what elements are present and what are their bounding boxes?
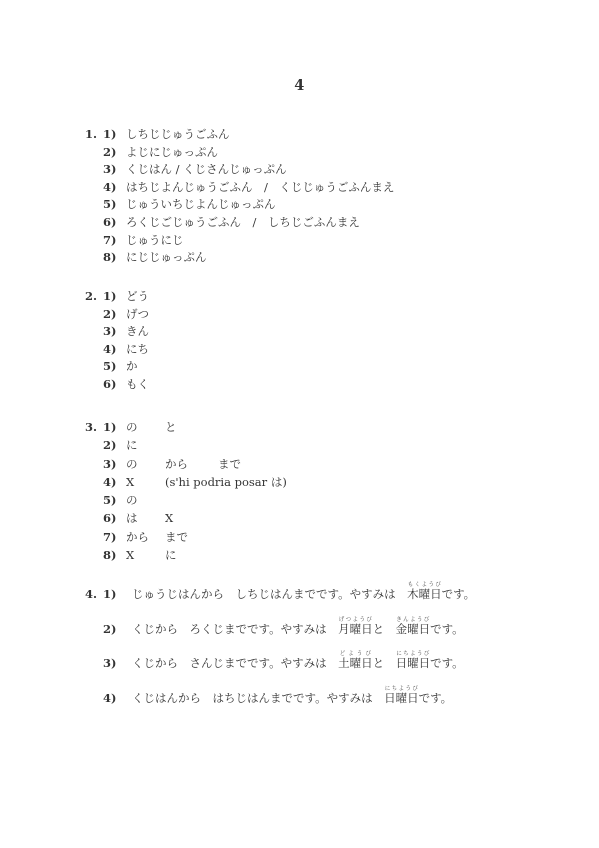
item-number: 2) <box>103 436 126 454</box>
item-number: 8) <box>103 249 126 267</box>
answer-item: 4) X (s'hi podria posar は) <box>85 473 589 491</box>
item-number: 5) <box>103 196 126 214</box>
section-label: 1. <box>85 126 103 144</box>
answer-item: 5) の <box>85 491 589 509</box>
furigana: きんようび <box>396 617 430 623</box>
item-text: ろくじごじゅうごふん / しちじごふんまえ <box>126 214 360 232</box>
answer-item: 7) から まで <box>85 528 589 546</box>
furigana: げつようび <box>338 617 372 623</box>
answer-item: 5) じゅういちじよんじゅっぷん <box>85 196 589 214</box>
item-text: くじから さんじまでです。やすみは 土曜日どようびと 日曜日にちようびです。 <box>132 651 464 671</box>
kanji-base: 日曜日 <box>384 691 419 705</box>
item-number: 4) <box>103 341 126 359</box>
item-number: 4) <box>103 179 126 197</box>
ruby-word: 日曜日にちようび <box>384 691 419 705</box>
furigana: にちようび <box>396 651 430 657</box>
answer-item: 6) ろくじごじゅうごふん / しちじごふんまえ <box>85 214 589 232</box>
item-number: 3) <box>103 455 126 473</box>
sentence-part: と <box>373 622 396 636</box>
item-col-1: X <box>126 473 165 491</box>
answer-item: 7) じゅうにじ <box>85 232 589 250</box>
item-number: 3) <box>103 656 132 670</box>
item-col-1: の <box>126 455 165 473</box>
answer-item: 5) か <box>85 358 589 376</box>
item-col-2: から <box>165 455 218 473</box>
kanji-base: 金曜日 <box>396 622 431 636</box>
answer-item: 3) くじから さんじまでです。やすみは 土曜日どようびと 日曜日にちようびです… <box>85 651 589 671</box>
ruby-word: 日曜日にちようび <box>396 656 431 670</box>
item-number: 2) <box>103 622 132 636</box>
item-number: 3) <box>103 323 126 341</box>
answer-item: 4) はちじよんじゅうごふん / くじじゅうごふんまえ <box>85 179 589 197</box>
section-3: 3. 1) の と 2) に 3) の から まで 4) X (s'hi pod… <box>85 418 589 564</box>
ruby-word: 木曜日もくようび <box>407 587 442 601</box>
answer-item: 3. 1) の と <box>85 418 589 436</box>
item-number: 6) <box>103 214 126 232</box>
item-number: 2) <box>103 306 126 324</box>
item-col-1: の <box>126 491 165 509</box>
answer-item: 2) よじにじゅっぷん <box>85 144 589 162</box>
item-text: くじはん / くじさんじゅっぷん <box>126 161 287 179</box>
furigana: にちようび <box>384 686 418 692</box>
answer-item: 1. 1) しちじじゅうごふん <box>85 126 589 144</box>
kanji-base: 日曜日 <box>396 656 431 670</box>
item-text: はちじよんじゅうごふん / くじじゅうごふんまえ <box>126 179 394 197</box>
answer-item: 8) X に <box>85 546 589 564</box>
item-text: くじはんから はちじはんまでです。やすみは 日曜日にちようびです。 <box>132 686 452 706</box>
sentence-part: じゅうじはんから しちじはんまでです。やすみは <box>132 587 407 601</box>
item-text: もく <box>126 376 149 394</box>
section-1: 1. 1) しちじじゅうごふん 2) よじにじゅっぷん 3) くじはん / くじ… <box>85 126 589 267</box>
item-text: きん <box>126 323 149 341</box>
item-number: 7) <box>103 232 126 250</box>
item-col-1: X <box>126 546 165 564</box>
document-page: 4 1. 1) しちじじゅうごふん 2) よじにじゅっぷん 3) くじはん / … <box>0 0 599 848</box>
sentence-part: です。 <box>430 656 464 670</box>
item-col-2: (s'hi podria posar は) <box>165 473 287 491</box>
item-text: くじから ろくじまでです。やすみは 月曜日げつようびと 金曜日きんようびです。 <box>132 617 464 637</box>
item-text: しちじじゅうごふん <box>126 126 230 144</box>
item-text: げつ <box>126 306 149 324</box>
item-number: 5) <box>103 491 126 509</box>
item-number: 1) <box>103 587 132 601</box>
answer-item: 2) くじから ろくじまでです。やすみは 月曜日げつようびと 金曜日きんようびで… <box>85 617 589 637</box>
answer-item: 2) に <box>85 436 589 454</box>
item-text: じゅうじはんから しちじはんまでです。やすみは 木曜日もくようびです。 <box>132 582 475 602</box>
item-col-1: は <box>126 509 165 527</box>
answer-item: 6) は X <box>85 509 589 527</box>
item-col-1: から <box>126 528 165 546</box>
furigana: どようび <box>338 651 372 657</box>
section-2: 2. 1) どう 2) げつ 3) きん 4) にち 5) か 6) もく <box>85 288 589 394</box>
kanji-base: 木曜日 <box>407 587 442 601</box>
sentence-part: くじはんから はちじはんまでです。やすみは <box>132 691 384 705</box>
item-number: 3) <box>103 161 126 179</box>
item-number: 6) <box>103 509 126 527</box>
item-text: じゅういちじよんじゅっぷん <box>126 196 276 214</box>
kanji-base: 土曜日 <box>338 656 373 670</box>
answer-item: 6) もく <box>85 376 589 394</box>
section-label: 4. <box>85 587 103 601</box>
item-number: 1) <box>103 126 126 144</box>
item-number: 1) <box>103 418 126 436</box>
answer-item: 4) くじはんから はちじはんまでです。やすみは 日曜日にちようびです。 <box>85 686 589 706</box>
item-col-2: に <box>165 546 218 564</box>
item-number: 6) <box>103 376 126 394</box>
item-text: にち <box>126 341 149 359</box>
sentence-part: と <box>373 656 396 670</box>
item-number: 2) <box>103 144 126 162</box>
item-number: 4) <box>103 691 132 705</box>
item-text: にじじゅっぷん <box>126 249 207 267</box>
furigana: もくようび <box>407 582 441 588</box>
answer-item: 3) の から まで <box>85 455 589 473</box>
section-label: 2. <box>85 288 103 306</box>
item-text: どう <box>126 288 149 306</box>
ruby-word: 金曜日きんようび <box>396 622 431 636</box>
item-number: 4) <box>103 473 126 491</box>
sentence-part: くじから ろくじまでです。やすみは <box>132 622 338 636</box>
answer-item: 2) げつ <box>85 306 589 324</box>
item-number: 5) <box>103 358 126 376</box>
ruby-word: 月曜日げつようび <box>338 622 373 636</box>
ruby-word: 土曜日どようび <box>338 656 373 670</box>
answer-item: 3) きん <box>85 323 589 341</box>
item-col-1: に <box>126 436 165 454</box>
answer-item: 4) にち <box>85 341 589 359</box>
section-4: 4. 1) じゅうじはんから しちじはんまでです。やすみは 木曜日もくようびです… <box>85 582 589 720</box>
answer-item: 2. 1) どう <box>85 288 589 306</box>
item-number: 7) <box>103 528 126 546</box>
answer-item: 3) くじはん / くじさんじゅっぷん <box>85 161 589 179</box>
kanji-base: 月曜日 <box>338 622 373 636</box>
item-number: 8) <box>103 546 126 564</box>
sentence-part: です。 <box>442 587 476 601</box>
item-col-2: まで <box>165 528 218 546</box>
section-label: 3. <box>85 418 103 436</box>
answer-item: 4. 1) じゅうじはんから しちじはんまでです。やすみは 木曜日もくようびです… <box>85 582 589 602</box>
item-col-1: の <box>126 418 165 436</box>
sentence-part: くじから さんじまでです。やすみは <box>132 656 338 670</box>
item-text: か <box>126 358 138 376</box>
item-text: じゅうにじ <box>126 232 184 250</box>
item-number: 1) <box>103 288 126 306</box>
sentence-part: です。 <box>419 691 453 705</box>
item-col-2: と <box>165 418 218 436</box>
item-text: よじにじゅっぷん <box>126 144 218 162</box>
item-col-2: X <box>165 509 218 527</box>
answer-item: 8) にじじゅっぷん <box>85 249 589 267</box>
page-number: 4 <box>0 77 599 94</box>
sentence-part: です。 <box>430 622 464 636</box>
item-col-3: まで <box>218 455 241 473</box>
